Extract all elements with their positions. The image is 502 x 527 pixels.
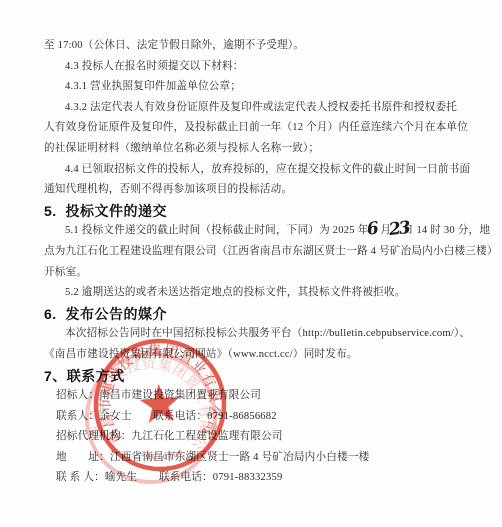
clause-4-3-2-line1: 4.3.2 法定代表人有效身份证原件及复印件或法定代表人授权委托书原件和授权委托 (44, 98, 472, 119)
contact-tenderer: 招标人：南昌市建设投资集团置业有限公司 (44, 386, 472, 407)
document-page: 至 17:00（公休日、法定节假日除外，逾期不予受理）。 4.3 投标人在报名时… (0, 0, 502, 527)
contact-person-2: 联 系 人：喻先生 联系电话：0791-88332359 (44, 468, 472, 489)
clause-5-1-line2: 点为九江石化工程建设监理有限公司（江西省南昌市东湖区贤士一路 4 号矿冶局内小白… (44, 242, 472, 263)
handwritten-day: 23 (389, 228, 409, 230)
handwritten-month: 6 (367, 229, 379, 230)
media-line1: 本次招标公告同时在中国招标投标公共服务平台（http://bulletin.ce… (44, 324, 472, 345)
heading-section-6: 6. 发布公告的媒介 (44, 304, 472, 325)
heading-section-7: 7、联系方式 (44, 366, 472, 387)
intro-line: 至 17:00（公休日、法定节假日除外，逾期不予受理）。 (44, 36, 472, 57)
media-line2: 《南昌市建设投资集团有限公司网站》（www.ncct.cc/）同时发布。 (44, 345, 472, 366)
clause-4-4-line2: 通知代理机构，否则不得再参加该项目的投标活动。 (44, 180, 472, 201)
clause-4-3-1: 4.3.1 营业执照复印件加盖单位公章； (44, 77, 472, 98)
contact-person-1: 联系人：余女士 联系电话：0791-86856682 (44, 407, 472, 428)
clause-4-3: 4.3 投标人在报名时须提交以下材料： (44, 57, 472, 78)
date-line-prefix: 5.1 投标文件递交的截止时间（投标截止时间，下同）为 2025 年 (65, 225, 368, 236)
date-line-suffix: 日 14 时 30 分，地 (403, 225, 490, 236)
clause-5-1-line3: 开标室。 (44, 263, 472, 284)
contact-agency: 招标代理机构：九江石化工程建设监理有限公司 (44, 427, 472, 448)
clause-5-2: 5.2 逾期送达的或者未送达指定地点的投标文件，其投标文件将被拒收。 (44, 283, 472, 304)
clause-5-1-date-line: 5.1 投标文件递交的截止时间（投标截止时间，下同）为 2025 年6 月23日… (44, 221, 472, 242)
clause-4-4-line1: 4.4 已领取招标文件的投标人，放弃投标的，应在提交投标文件的截止时间一日前书面 (44, 160, 472, 181)
clause-4-3-2-line3: 的社保证明材料（缴纳单位名称必须与投标人名称一致）； (44, 139, 472, 160)
clause-4-3-2-line2: 人有效身份证原件及复印件，及投标截止日前一年（12 个月）内任意连续六个月在本单… (44, 118, 472, 139)
contact-address: 地 址：江西省南昌市东湖区贤士一路 4 号矿冶局内小白楼一楼 (44, 448, 472, 469)
